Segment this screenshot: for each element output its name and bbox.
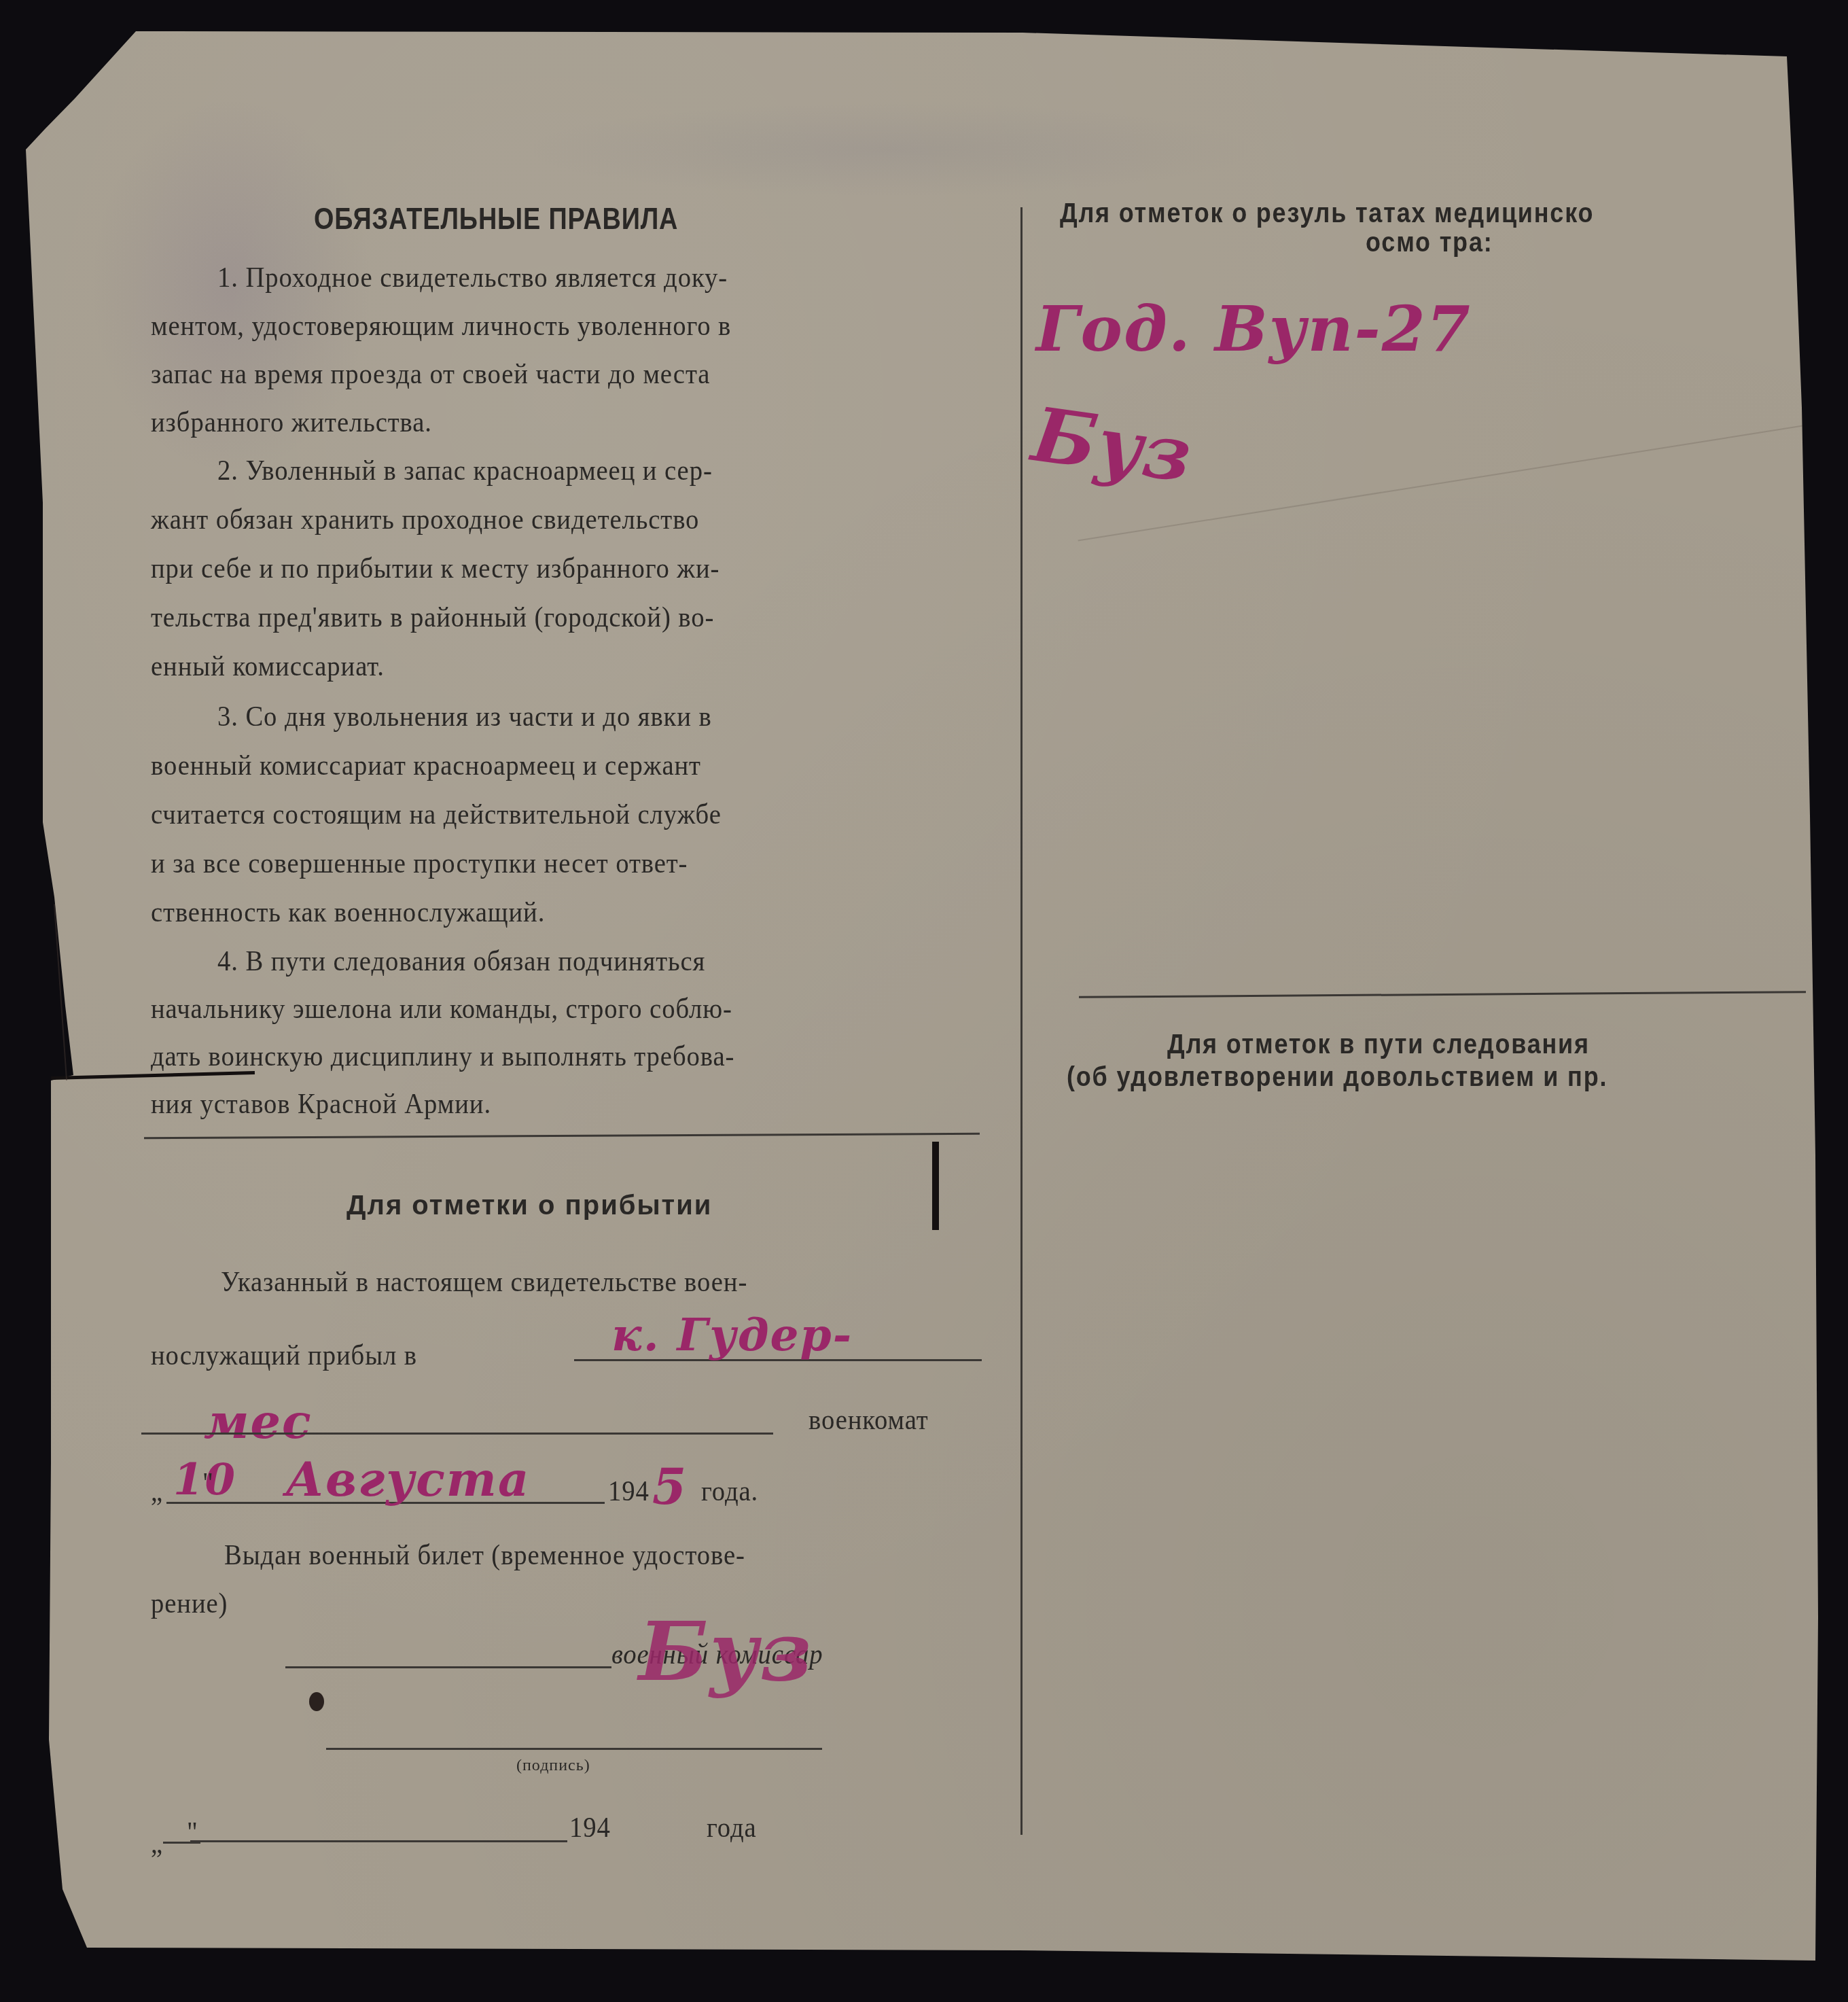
- column-divider: [1020, 207, 1023, 1835]
- signature-line: [326, 1748, 822, 1750]
- route-title-line-1: Для отметок в пути следования: [1167, 1030, 1590, 1060]
- arrival-place-handwritten-1: к. Гудер-: [611, 1308, 853, 1361]
- rules-title: ОБЯЗАТЕЛЬНЫЕ ПРАВИЛА: [314, 203, 678, 236]
- rule-4-line-4: ния уставов Красной Армии.: [151, 1087, 491, 1121]
- rule-3-line-2: военный комиссариат красноармеец и сержа…: [151, 749, 701, 782]
- arrival-line-1: Указанный в настоящем свидетельстве воен…: [221, 1265, 747, 1299]
- ink-mark: [932, 1142, 939, 1230]
- route-title-line-2: (об удовлетворении довольствием и пр.: [1067, 1062, 1607, 1093]
- medical-title-line-1: Для отметок о резуль татах медицинско: [1060, 198, 1594, 229]
- second-date-suffix: года: [707, 1811, 757, 1844]
- ticket-line-1: Выдан военный билет (временное удостове-: [224, 1539, 745, 1572]
- date-year-printed: 194: [608, 1475, 650, 1508]
- commissar-field-line: [285, 1666, 611, 1668]
- rule-2-line-3: при себе и по прибытии к месту избранног…: [151, 552, 719, 585]
- rule-4-line-2: начальнику эшелона или команды, строго с…: [151, 992, 732, 1025]
- rule-3-line-5: ственность как военнослужащий.: [151, 896, 545, 929]
- ink-spot: [309, 1692, 324, 1711]
- rule-3-line-4: и за все совершенные проступки несет отв…: [151, 847, 688, 880]
- rule-2-line-5: енный комиссариат.: [151, 650, 385, 683]
- arrival-place-handwritten-2: мес: [204, 1393, 313, 1450]
- rule-3-line-1: 3. Со дня увольнения из части и до явки …: [217, 700, 712, 733]
- voenkomat-label: военкомат: [808, 1403, 929, 1437]
- date-open-quote: „: [151, 1475, 163, 1508]
- rule-4-line-1: 4. В пути следования обязан подчиняться: [217, 945, 705, 978]
- rule-2-line-4: тельства пред'явить в районный (городско…: [151, 601, 714, 634]
- medical-handwritten-note: Год. Вуп-27: [1036, 292, 1472, 366]
- rule-1-line-3: запас на время проезда от своей части до…: [151, 357, 710, 391]
- arrival-title: Для отметки о прибытии: [346, 1191, 712, 1221]
- ticket-line-2: рение): [151, 1587, 228, 1620]
- date-suffix: года.: [701, 1475, 758, 1508]
- date-month-handwritten: Августа: [285, 1451, 530, 1507]
- second-date-month-line: [190, 1840, 567, 1842]
- date-close-quote: ": [202, 1467, 214, 1500]
- rule-3-line-3: считается состоящим на действительной сл…: [151, 798, 722, 831]
- date-year-handwritten: 5: [652, 1458, 688, 1515]
- rule-1-line-2: ментом, удостоверяющим личность уволенно…: [151, 309, 731, 343]
- medical-title-line-2: осмо тра:: [1366, 228, 1493, 258]
- arrival-line-2-prefix: нослужащий прибыл в: [151, 1339, 417, 1372]
- rule-1-line-4: избранного жительства.: [151, 406, 432, 439]
- second-date-open-quote: „: [151, 1827, 163, 1860]
- second-date-close-quote: ": [187, 1816, 198, 1849]
- rule-4-line-3: дать воинскую дисциплину и выполнять тре…: [151, 1040, 734, 1073]
- place-field-line-2: [141, 1433, 773, 1435]
- rule-2-line-1: 2. Уволенный в запас красноармеец и сер-: [217, 454, 713, 487]
- rule-1-line-1: 1. Проходное свидетельство является доку…: [217, 261, 728, 294]
- rule-2-line-2: жант обязан хранить проходное свидетельс…: [151, 503, 699, 536]
- faded-stamp-mark: [516, 102, 1264, 197]
- commissar-signature: Буз: [639, 1604, 813, 1700]
- second-date-year: 194: [569, 1811, 611, 1844]
- signature-caption: (подпись): [516, 1757, 590, 1775]
